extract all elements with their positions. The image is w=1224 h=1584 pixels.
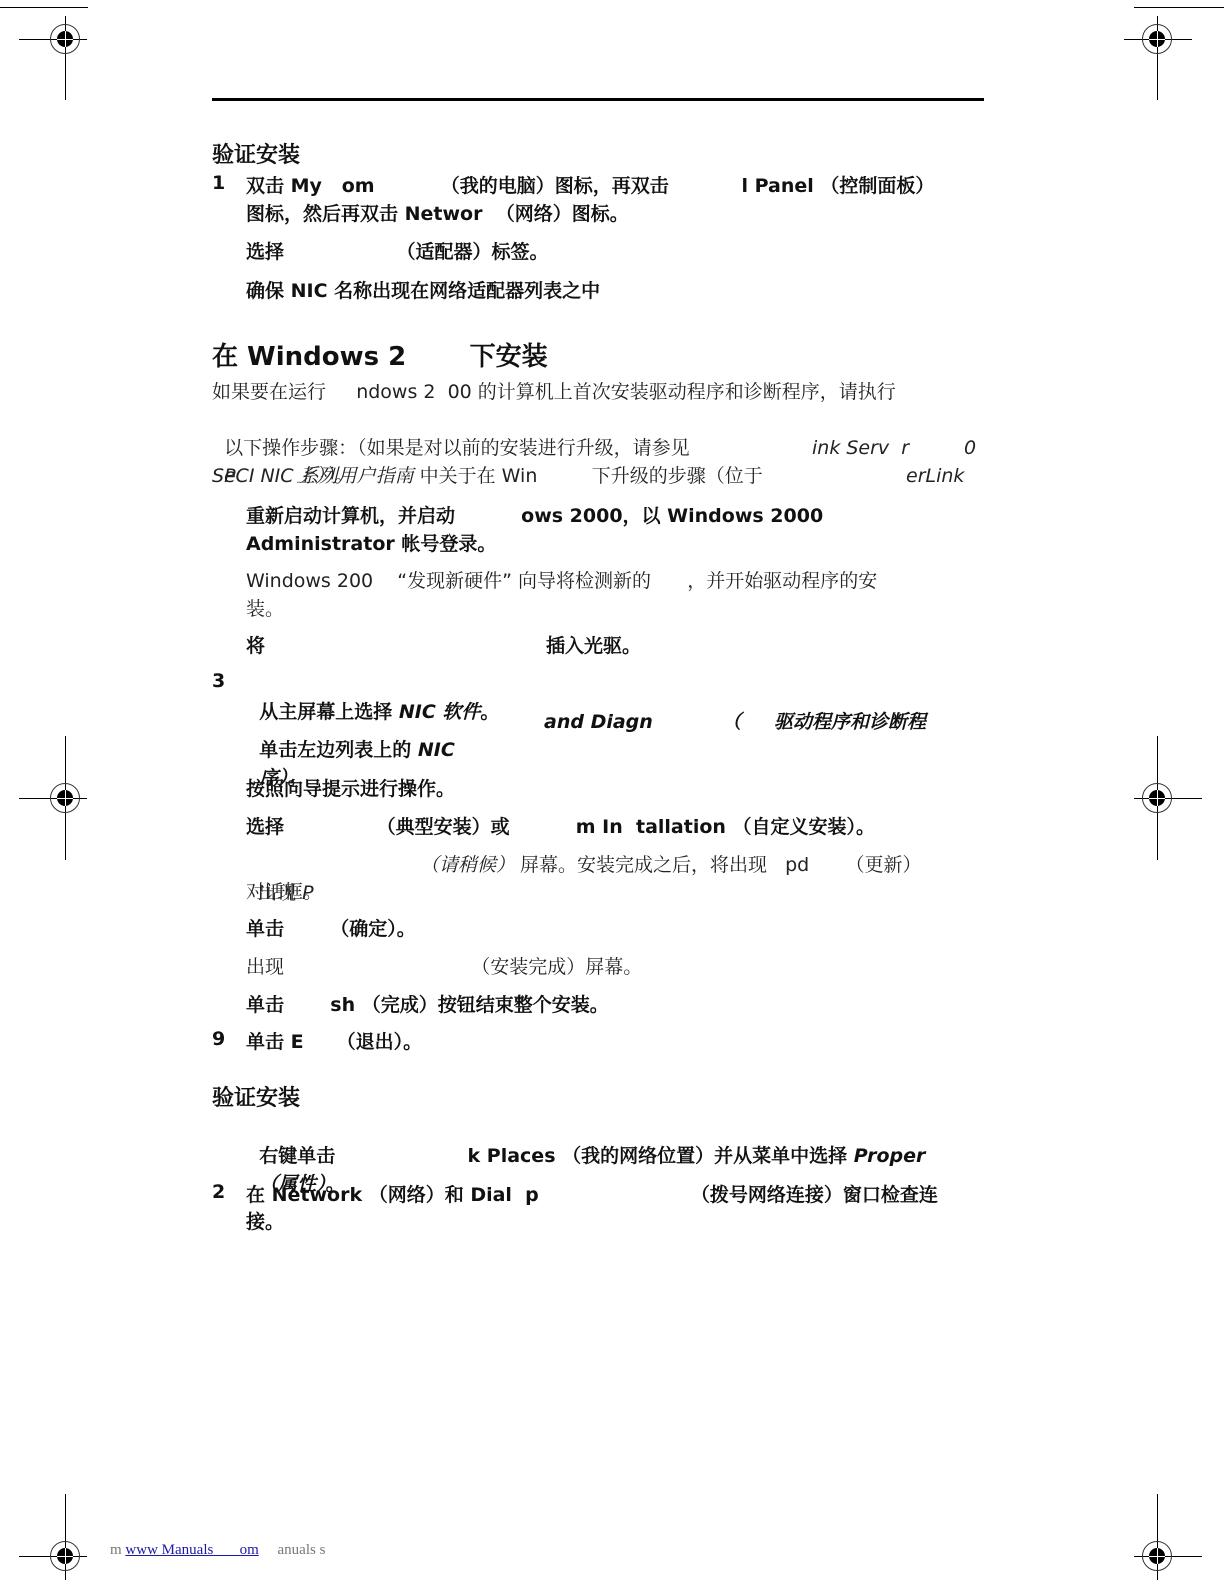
step-italic: （ — [722, 708, 741, 736]
step-text: 选择 （典型安装）或 m In tallation （自定义安装）。 — [246, 813, 875, 841]
intro-fragment: 中关于在 Win 下升级的步骤（位于 — [414, 465, 763, 487]
step-text: 在 Network （网络）和 Dial p （拨号网络连接）窗口检查连 — [246, 1181, 938, 1209]
step-text: 选择 （适配器）标签。 — [246, 238, 548, 266]
step-text: 确保 NIC 名称出现在网络适配器列表之中 — [246, 277, 600, 305]
step-fragment: 右键单击 k Places （我的网络位置）并从菜单中选择 — [259, 1145, 854, 1167]
intro-italic: erLink — [906, 462, 964, 490]
intro-italic: ink Serv r — [812, 434, 909, 462]
registration-mark-top-right — [1100, 0, 1224, 110]
step-number: 3 — [212, 670, 225, 692]
footer-suffix: anuals s — [259, 1542, 326, 1558]
step-italic: and Diagn — [544, 708, 653, 736]
registration-mark-bottom-right — [1100, 1470, 1224, 1584]
step-text: Windows 200 “发现新硬件” 向导将检测新的 ，并开始驱动程序的安 — [246, 567, 877, 595]
step-text: 插入光驱。 — [546, 632, 641, 660]
step-text: 单击 E （退出）。 — [246, 1028, 422, 1056]
step-text: 出现 （安装完成）屏幕。 — [246, 953, 642, 981]
footer-prefix: m — [110, 1542, 125, 1558]
intro-text: Se 上））。 — [212, 462, 353, 490]
section-heading-verify-1: 验证安装 — [212, 138, 300, 169]
step-text: 将 — [246, 632, 265, 660]
step-text: 按照向导提示进行操作。 — [246, 775, 455, 803]
menu-item-properties: Proper — [854, 1145, 926, 1167]
step-italic: （请稍候） — [420, 851, 515, 879]
footer-watermark: m www Manuals om anuals s — [110, 1542, 325, 1559]
intro-italic: 0 — [964, 434, 976, 462]
registration-mark-mid-right — [1100, 720, 1224, 860]
step-text: 装。 — [246, 595, 284, 623]
step-number: 1 — [212, 172, 225, 194]
step-text: 屏幕。安装完成之后，将出现 pd （更新） — [520, 851, 921, 879]
step-text: 图标，然后再双击 Networ （网络）图标。 — [246, 200, 629, 228]
step-text: 对话框。 — [246, 878, 322, 906]
step-text: 单击 （确定）。 — [246, 915, 416, 943]
step-text: 右键单击 k Places （我的网络位置）并从菜单中选择 Proper — [246, 1114, 925, 1170]
step-text: 接。 — [246, 1208, 284, 1236]
step-italic: NIC — [418, 739, 455, 761]
step-number: 2 — [212, 1181, 225, 1203]
step-text: 单击 sh （完成）按钮结束整个安装。 — [246, 991, 609, 1019]
step-text: 重新启动计算机，并启动 ows 2000，以 Windows 2000 — [246, 502, 823, 530]
step-text: 双击 My om （我的电脑）图标，再双击 l Panel （控制面板） — [246, 172, 934, 200]
section-heading-verify-2: 验证安装 — [212, 1081, 300, 1112]
registration-mark-top-left — [0, 0, 130, 110]
footer-link[interactable]: www Manuals om — [125, 1542, 258, 1558]
registration-mark-mid-left — [0, 720, 130, 860]
step-text: Administrator 帐号登录。 — [246, 530, 496, 558]
step-number: 9 — [212, 1028, 225, 1050]
step-italic: 驱动程序和诊断程 — [774, 708, 926, 736]
section-heading-install: 在 Windows 2 下安装 — [212, 336, 548, 373]
intro-text: 如果要在运行 ndows 2 00 的计算机上首次安装驱动程序和诊断程序，请执行 — [212, 378, 896, 406]
step-fragment: 。 — [480, 701, 499, 723]
registration-mark-bottom-left — [0, 1470, 130, 1584]
header-rule — [212, 98, 984, 101]
